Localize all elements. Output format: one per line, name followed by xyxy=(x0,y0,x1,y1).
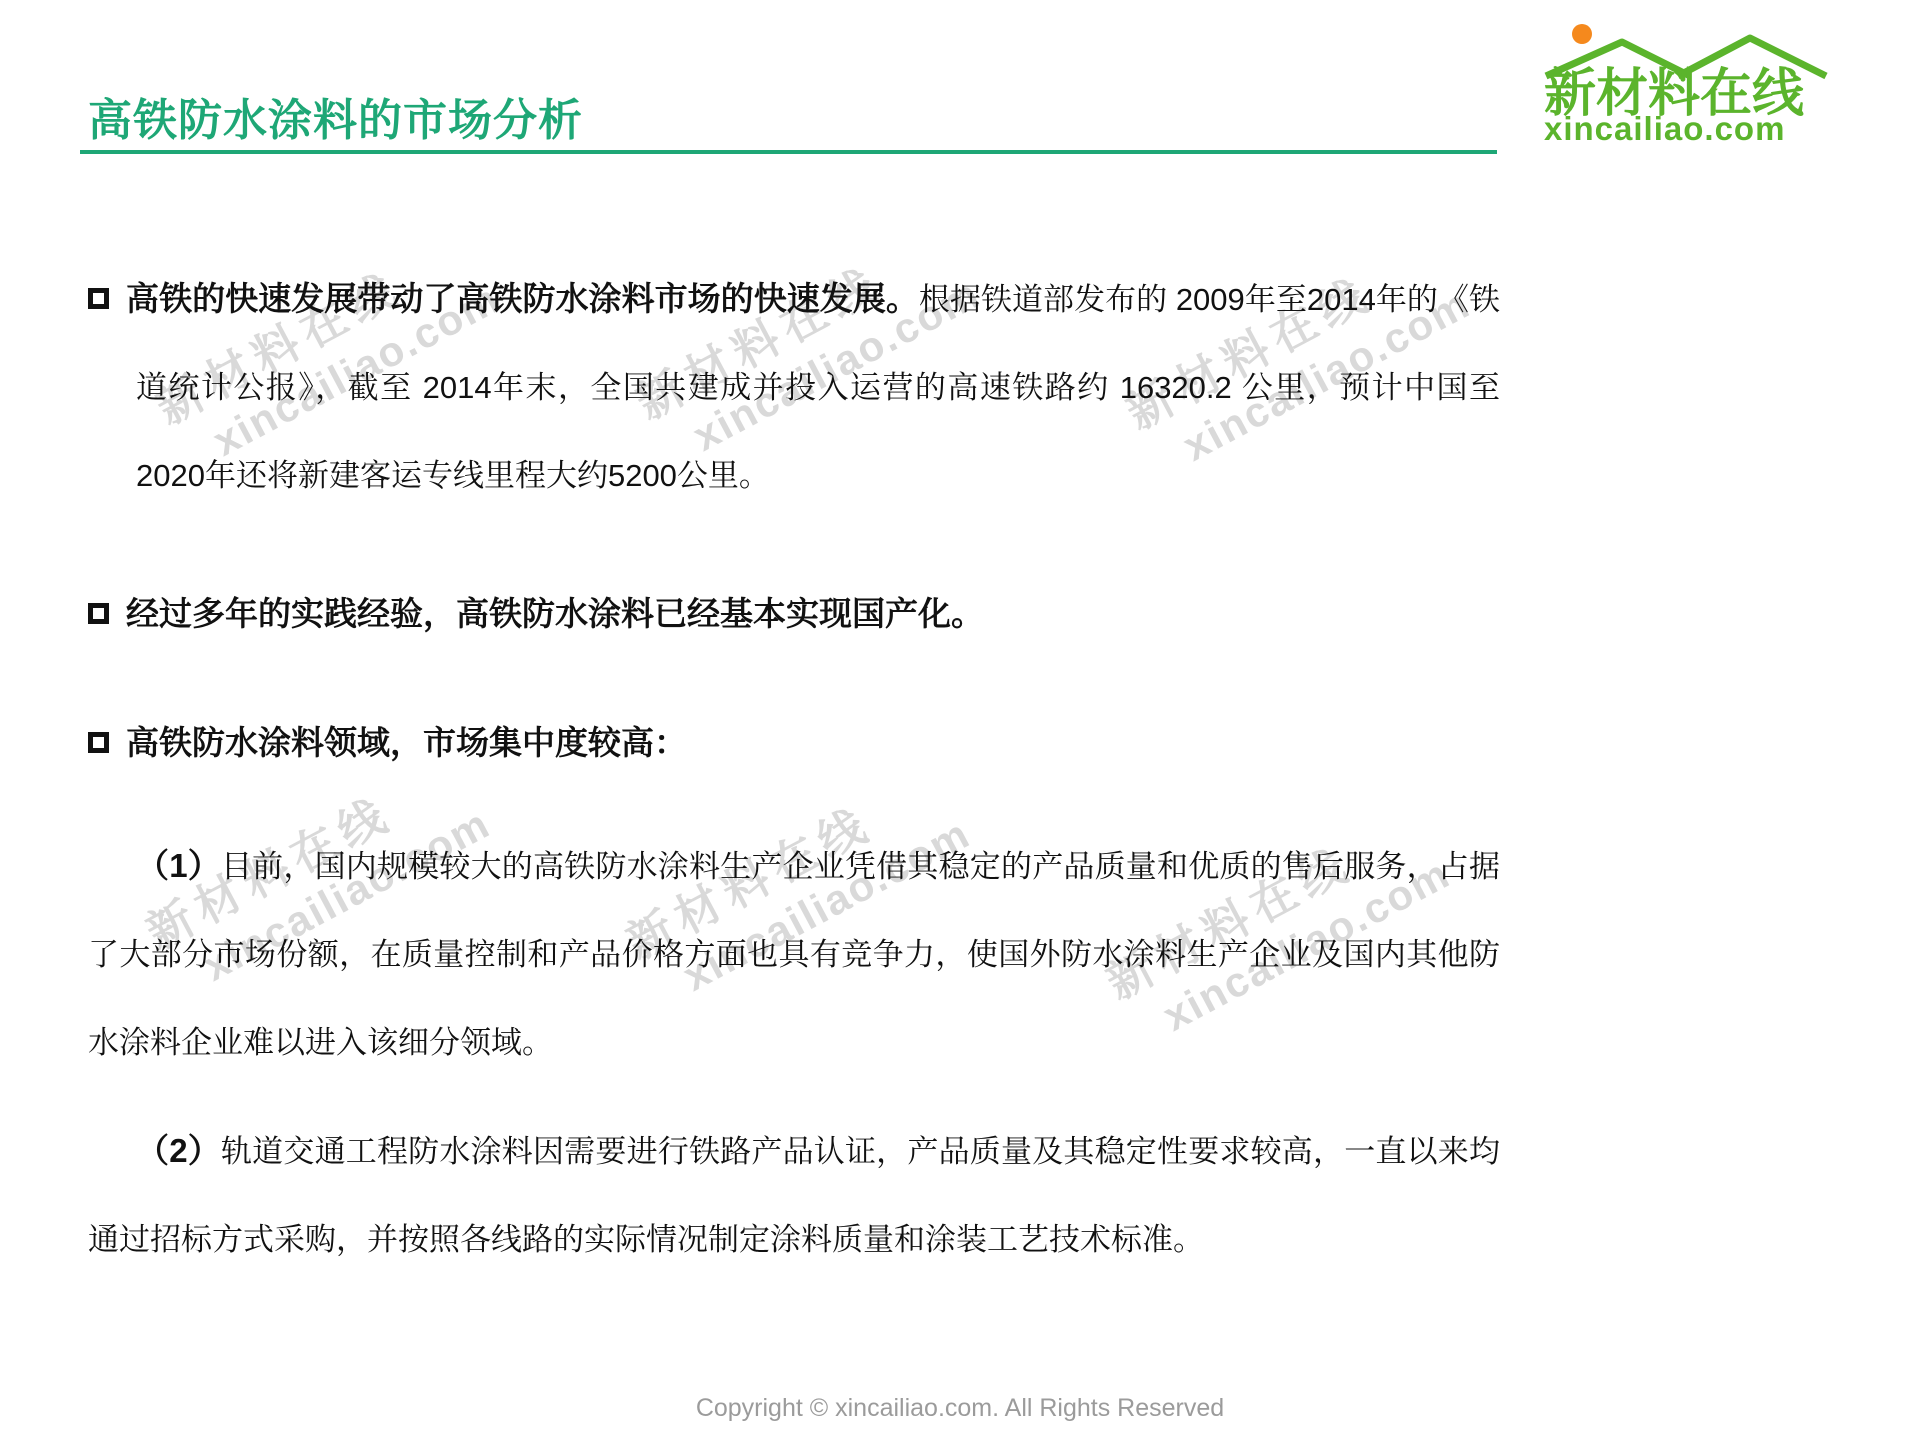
company-logo: 新材料在线 xincailiao.com xyxy=(1538,18,1858,144)
bullet-item-3: 高铁防水涂料领域，市场集中度较高： xyxy=(88,699,1500,788)
bullet1-lead: 高铁的快速发展带动了高铁防水涂料市场的快速发展。 xyxy=(126,280,919,317)
bullet-square-icon xyxy=(88,732,109,753)
footer-copyright: Copyright © xincailiao.com. All Rights R… xyxy=(0,1394,1920,1423)
logo-sun-icon xyxy=(1572,24,1592,44)
logo-graphic: 新材料在线 xincailiao.com xyxy=(1538,18,1858,144)
logo-domain: xincailiao.com xyxy=(1544,110,1785,144)
bullet-square-icon xyxy=(88,603,109,624)
bullet-item-2: 经过多年的实践经验，高铁防水涂料已经基本实现国产化。 xyxy=(88,570,1500,659)
point2-text: 轨道交通工程防水涂料因需要进行铁路产品认证，产品质量及其稳定性要求较高，一直以来… xyxy=(88,1134,1500,1257)
point-paragraph-1: （1）目前，国内规模较大的高铁防水涂料生产企业凭借其稳定的产品质量和优质的售后服… xyxy=(88,822,1500,1087)
point2-label: （2） xyxy=(136,1132,221,1169)
point-paragraph-2: （2）轨道交通工程防水涂料因需要进行铁路产品认证，产品质量及其稳定性要求较高，一… xyxy=(88,1107,1500,1284)
bullet3-text: 高铁防水涂料领域，市场集中度较高： xyxy=(126,724,687,761)
point1-text: 目前，国内规模较大的高铁防水涂料生产企业凭借其稳定的产品质量和优质的售后服务，占… xyxy=(88,849,1500,1060)
point1-label: （1） xyxy=(136,847,221,884)
slide: 新材料在线 xincailiao.com 新材料在线 xincailiao.co… xyxy=(0,0,1920,1440)
page-title: 高铁防水涂料的市场分析 xyxy=(88,84,583,148)
bullet-item-1: 高铁的快速发展带动了高铁防水涂料市场的快速发展。根据铁道部发布的 2009年至2… xyxy=(88,255,1500,520)
title-underline xyxy=(80,150,1497,154)
bullet-square-icon xyxy=(88,288,109,309)
bullet2-text: 经过多年的实践经验，高铁防水涂料已经基本实现国产化。 xyxy=(126,595,984,632)
content-area: 高铁的快速发展带动了高铁防水涂料市场的快速发展。根据铁道部发布的 2009年至2… xyxy=(88,255,1500,1284)
